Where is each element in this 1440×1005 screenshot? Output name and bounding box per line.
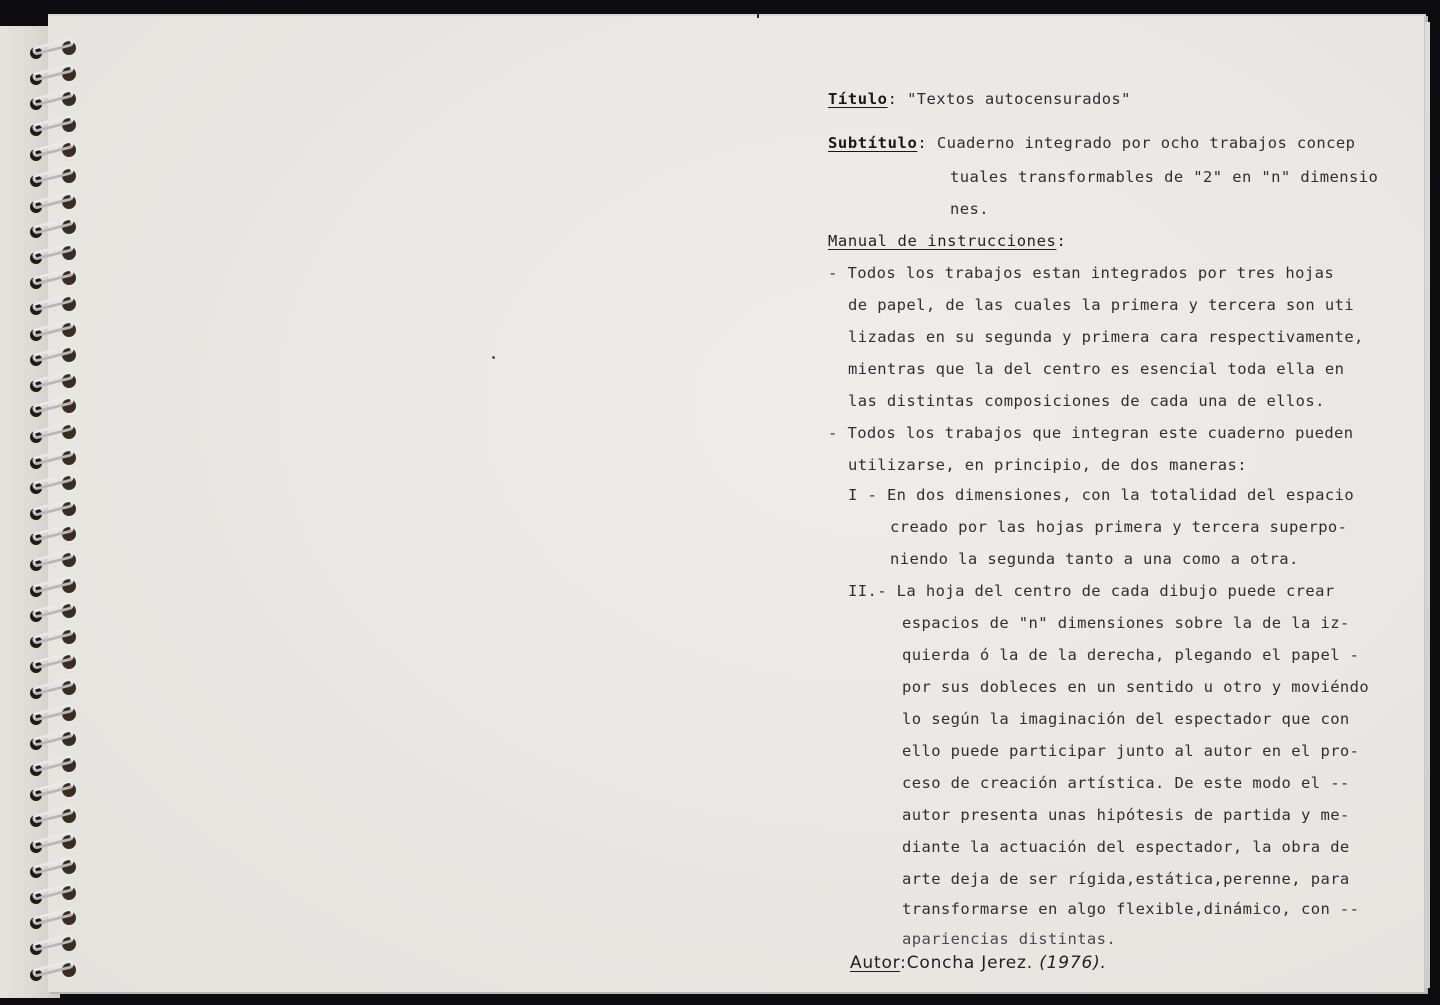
item-1-line-1: - Todos los trabajos estan integrados po…	[828, 262, 1334, 284]
spiral-coil	[22, 908, 82, 930]
spiral-coil	[22, 217, 82, 239]
author-name: Concha Jerez.	[907, 953, 1033, 973]
spiral-coil	[22, 268, 82, 290]
subtitle-line-2: tuales transformables de "2" en "n" dime…	[950, 166, 1378, 188]
spiral-coil	[22, 64, 82, 86]
subitem-2-line-11: transformarse en algo flexible,dinámico,…	[902, 898, 1359, 920]
subitem-2-line-2: espacios de "n" dimensiones sobre la de …	[902, 612, 1350, 634]
spiral-coil	[22, 38, 82, 60]
subtitle-line-1: Subtítulo: Cuaderno integrado por ocho t…	[828, 132, 1355, 154]
subitem-1-line-3: niendo la segunda tanto a una como a otr…	[890, 548, 1299, 570]
spiral-coil	[22, 627, 82, 649]
title-label: Título	[828, 90, 888, 108]
spiral-coil	[22, 89, 82, 111]
spiral-coil	[22, 678, 82, 700]
subitem-2-line-9: diante la actuación del espectador, la o…	[902, 836, 1350, 858]
page-stack-edge	[1425, 22, 1430, 988]
spiral-coil	[22, 396, 82, 418]
item-2-marker: -	[828, 424, 838, 442]
spiral-coil	[22, 652, 82, 674]
spiral-coil	[22, 550, 82, 572]
spiral-coil	[22, 883, 82, 905]
item-1-line-4: mientras que la del centro es esencial t…	[848, 358, 1344, 380]
spiral-coil	[22, 832, 82, 854]
author-line: Autor:Concha Jerez. (1976).	[850, 952, 1107, 974]
subitem-2-line-8: autor presenta unas hipótesis de partida…	[902, 804, 1350, 826]
notebook-photo: Título: "Textos autocensurados" Subtítul…	[0, 0, 1440, 1005]
subitem-2-line-6: ello puede participar junto al autor en …	[902, 740, 1359, 762]
spiral-coil	[22, 448, 82, 470]
subitem-2-line-4: por sus dobleces en un sentido u otro y …	[902, 676, 1369, 698]
subitem-1-marker: I -	[848, 486, 877, 504]
spiral-coil	[22, 704, 82, 726]
subtitle-text: Cuaderno integrado por ocho trabajos con…	[937, 134, 1355, 152]
spiral-coil	[22, 166, 82, 188]
spiral-coil	[22, 601, 82, 623]
title-line: Título: "Textos autocensurados"	[828, 88, 1131, 110]
subitem-2-line-12: apariencias distintas.	[902, 928, 1116, 950]
spiral-binding	[22, 38, 82, 988]
subitem-2-line-10: arte deja de ser rígida,estática,perenne…	[902, 868, 1350, 890]
subtitle-label: Subtítulo	[828, 134, 917, 152]
spiral-coil	[22, 780, 82, 802]
spiral-coil	[22, 524, 82, 546]
subitem-2-line-1: II.- La hoja del centro de cada dibujo p…	[848, 580, 1335, 602]
spiral-coil	[22, 140, 82, 162]
title-value: "Textos autocensurados"	[907, 90, 1131, 108]
item-1-marker: -	[828, 264, 838, 282]
spiral-coil	[22, 729, 82, 751]
spiral-coil	[22, 934, 82, 956]
spiral-coil	[22, 243, 82, 265]
spiral-coil	[22, 294, 82, 316]
spiral-coil	[22, 960, 82, 982]
subitem-2-line-3: quierda ó la de la derecha, plegando el …	[902, 644, 1359, 666]
dust-speck	[492, 356, 495, 359]
page-fold-mark	[757, 13, 759, 18]
subitem-2-line-7: ceso de creación artística. De este modo…	[902, 772, 1350, 794]
item-1-line-3: lizadas en su segunda y primera cara res…	[848, 326, 1364, 348]
item-2-line-2: utilizarse, en principio, de dos maneras…	[848, 454, 1247, 476]
subitem-2-line-5: lo según la imaginación del espectador q…	[902, 708, 1350, 730]
subitem-2-marker: II.-	[848, 582, 887, 600]
spiral-coil	[22, 755, 82, 777]
spiral-coil	[22, 192, 82, 214]
item-1-line-2: de papel, de las cuales la primera y ter…	[848, 294, 1354, 316]
item-1-line-5: las distintas composiciones de cada una …	[848, 390, 1325, 412]
spiral-coil	[22, 576, 82, 598]
spiral-coil	[22, 499, 82, 521]
author-label: Autor	[850, 953, 900, 973]
spiral-coil	[22, 422, 82, 444]
subitem-1-line-2: creado por las hojas primera y tercera s…	[890, 516, 1347, 538]
spiral-coil	[22, 320, 82, 342]
author-year: (1976).	[1039, 953, 1107, 973]
manual-label: Manual de instrucciones	[828, 232, 1056, 250]
subitem-1-line-1: I - En dos dimensiones, con la totalidad…	[848, 484, 1354, 506]
spiral-coil	[22, 857, 82, 879]
spiral-coil	[22, 806, 82, 828]
spiral-coil	[22, 345, 82, 367]
spiral-coil	[22, 473, 82, 495]
manual-heading: Manual de instrucciones:	[828, 230, 1066, 252]
spiral-coil	[22, 371, 82, 393]
subtitle-line-3: nes.	[950, 198, 989, 220]
spiral-coil	[22, 115, 82, 137]
item-2-line-1: - Todos los trabajos que integran este c…	[828, 422, 1354, 444]
